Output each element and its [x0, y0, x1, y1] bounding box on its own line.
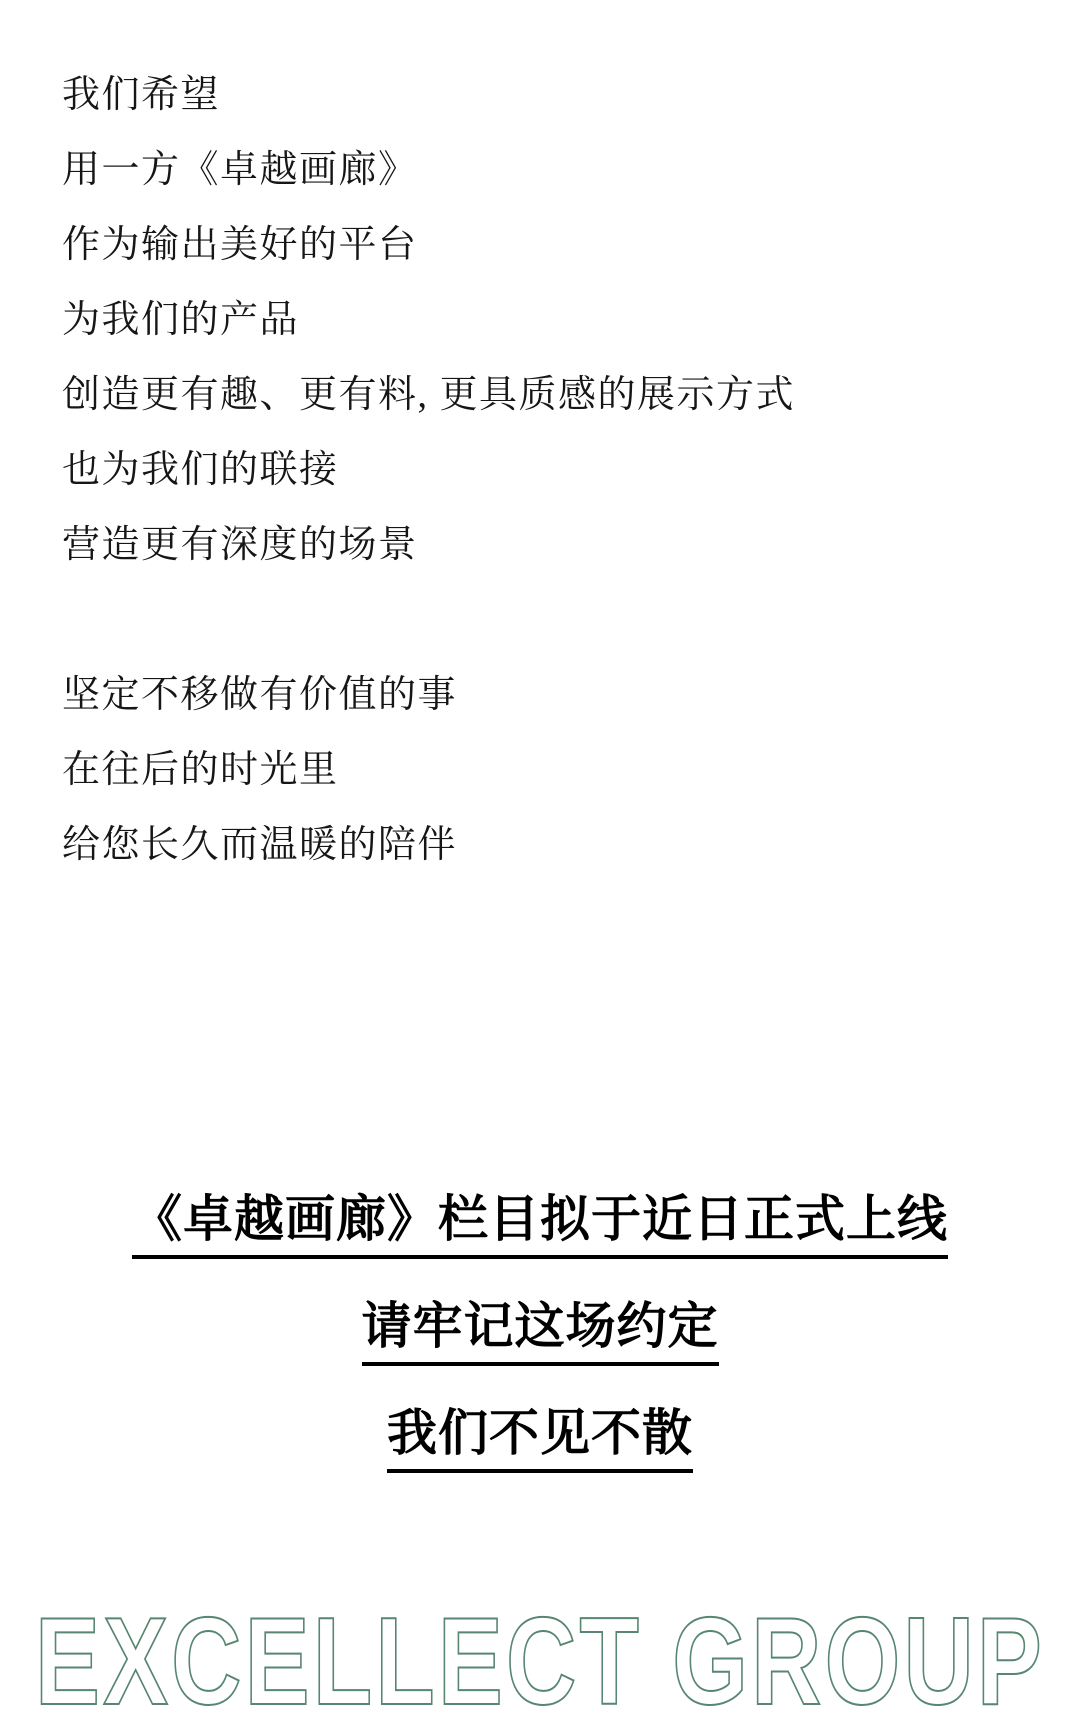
intro-line: 创造更有趣、更有料, 更具质感的展示方式	[62, 358, 1040, 433]
intro-line: 我们希望	[62, 58, 1040, 133]
intro-line: 用一方《卓越画廊》	[62, 133, 1040, 208]
paragraph-gap	[62, 583, 1040, 658]
intro-line: 坚定不移做有价值的事	[62, 658, 1040, 733]
intro-line: 为我们的产品	[62, 283, 1040, 358]
launch-announcement: 《卓越画廊》栏目拟于近日正式上线 请牢记这场约定 我们不见不散	[0, 1193, 1080, 1514]
intro-line: 给您长久而温暖的陪伴	[62, 808, 1040, 883]
brand-logo-outline-text: EXCELLECT GROUP	[35, 1596, 1045, 1730]
brand-logo: EXCELLECT GROUP	[0, 1596, 1080, 1730]
intro-line: 作为输出美好的平台	[62, 208, 1040, 283]
announcement-text: 《卓越画廊》栏目拟于近日正式上线	[132, 1193, 948, 1259]
announcement-line: 请牢记这场约定	[0, 1300, 1080, 1366]
intro-line: 营造更有深度的场景	[62, 508, 1040, 583]
intro-line: 也为我们的联接	[62, 433, 1040, 508]
brand-logo-svg: EXCELLECT GROUP	[0, 1596, 1080, 1730]
intro-line: 在往后的时光里	[62, 733, 1040, 808]
announcement-text: 请牢记这场约定	[362, 1300, 719, 1366]
intro-poem: 我们希望 用一方《卓越画廊》 作为输出美好的平台 为我们的产品 创造更有趣、更有…	[62, 58, 1040, 883]
poster-page: 我们希望 用一方《卓越画廊》 作为输出美好的平台 为我们的产品 创造更有趣、更有…	[0, 0, 1080, 1730]
announcement-text: 我们不见不散	[387, 1407, 693, 1473]
announcement-line: 我们不见不散	[0, 1407, 1080, 1473]
announcement-line: 《卓越画廊》栏目拟于近日正式上线	[0, 1193, 1080, 1259]
